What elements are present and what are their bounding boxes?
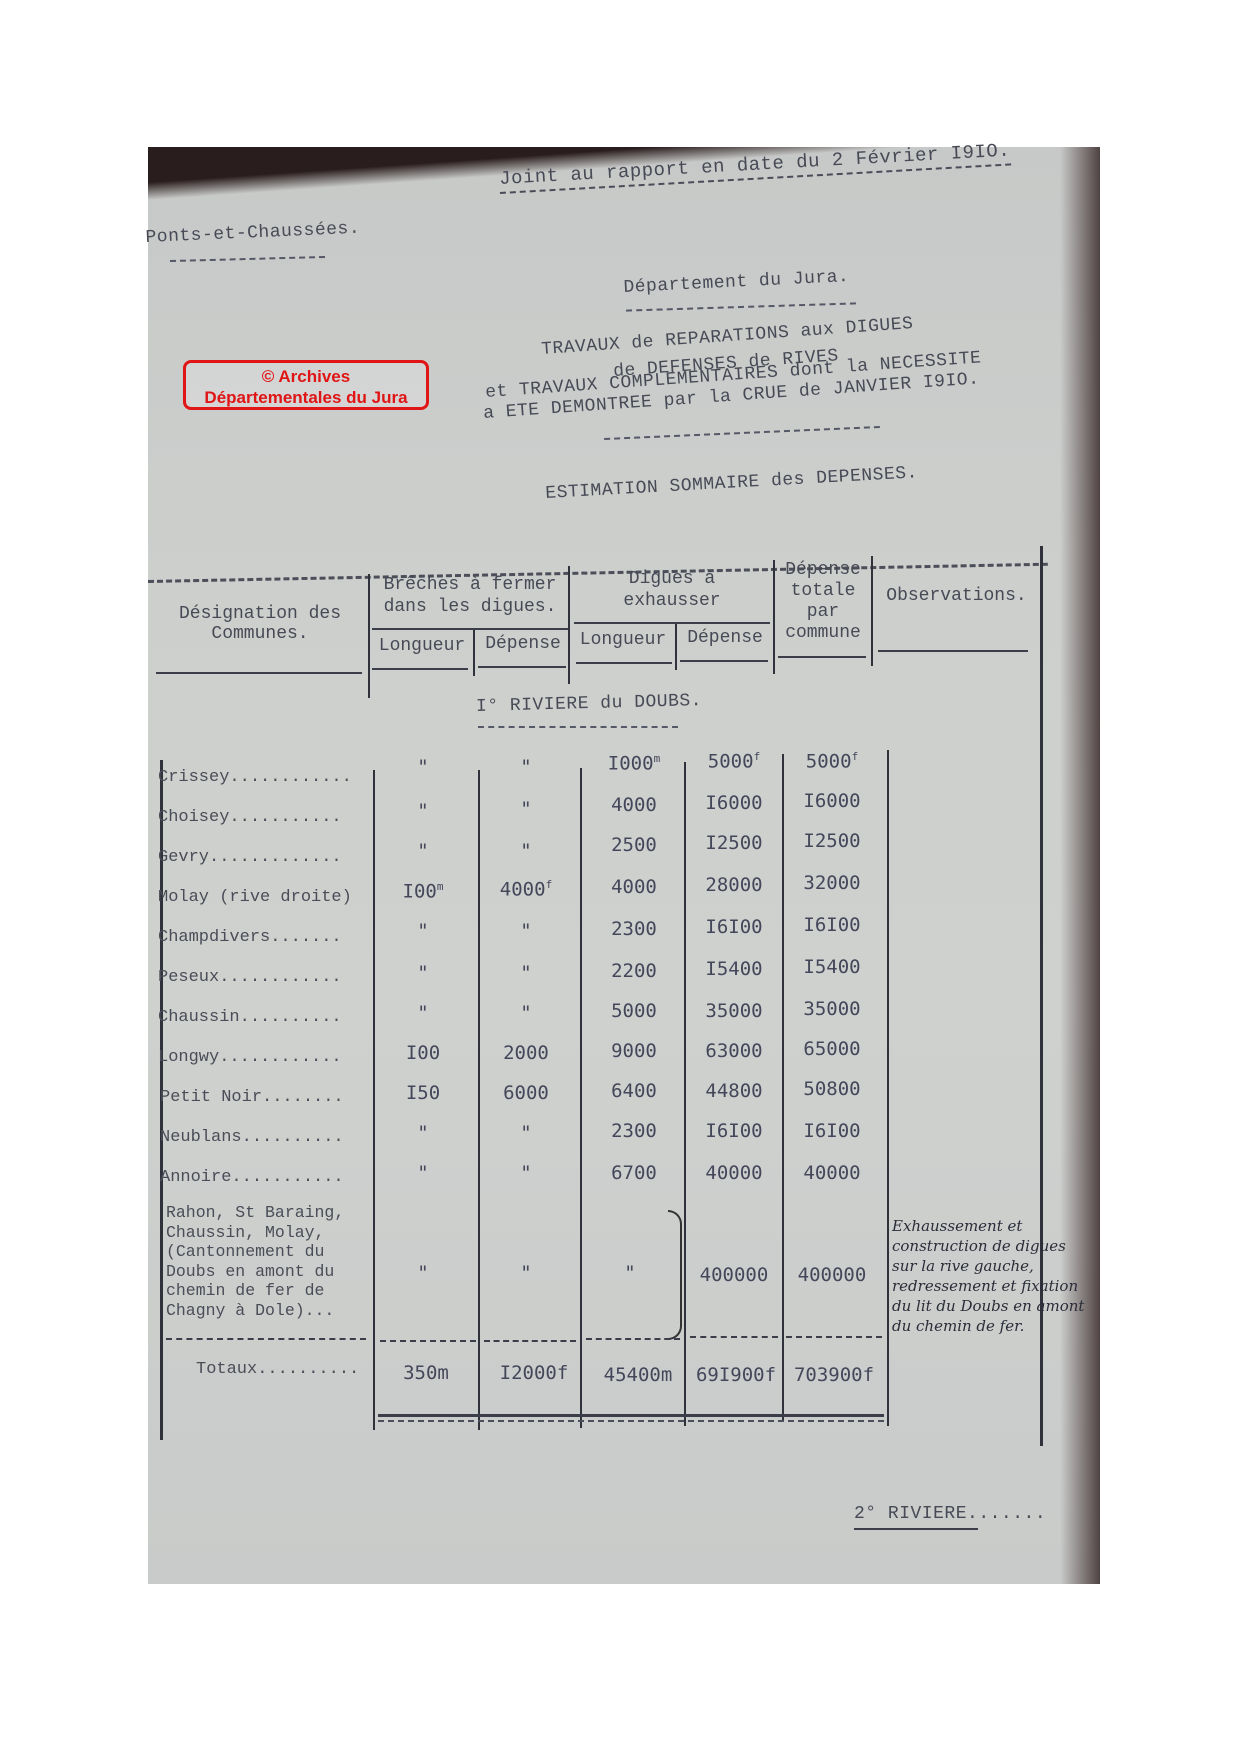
digues-longueur: " [580, 1262, 680, 1284]
breches-depense: 4000f [476, 878, 576, 900]
header-digues-longueur: Longueur [572, 630, 674, 650]
total-depense: I6I00 [782, 914, 882, 936]
totals-breches-longueur: 350m [376, 1362, 476, 1384]
digues-longueur: 6700 [584, 1162, 684, 1184]
note-line: redressement et fixation [892, 1276, 1084, 1296]
note-line: du chemin de fer. [892, 1316, 1084, 1336]
body-col-line [580, 768, 582, 1428]
commune-group-name: Rahon, St Baraing, Chaussin, Molay, (Can… [166, 1203, 344, 1320]
next-section: 2° RIVIERE....... [854, 1504, 1046, 1524]
header-designation-line: Désignation des [160, 604, 360, 624]
header-breches-line: dans les digues. [370, 596, 570, 618]
digues-depense: I2500 [684, 832, 784, 854]
totals-breches-depense: I2000f [484, 1362, 584, 1384]
breches-longueur: I00 [373, 1042, 473, 1064]
breches-longueur: I00m [373, 880, 473, 902]
unit: m [437, 880, 444, 893]
breches-longueur: " [373, 800, 473, 822]
digues-longueur: I000m [584, 752, 684, 774]
observation-note: Exhaussement et construction de digues s… [892, 1216, 1084, 1336]
value: 4000 [500, 878, 546, 900]
header-digues-depense: Dépense [677, 628, 773, 648]
digues-depense: 40000 [684, 1162, 784, 1184]
commune-line: Chaussin, Molay, [166, 1223, 344, 1243]
breches-depense: " [476, 920, 576, 942]
header-breches-depense: Dépense [476, 634, 570, 654]
commune-line: chemin de fer de [166, 1281, 344, 1301]
header-sub-rule [372, 628, 568, 630]
header-total-line: totale [775, 581, 871, 602]
value: 5000 [806, 750, 852, 772]
total-depense: 65000 [782, 1038, 882, 1060]
breches-depense: " [476, 798, 576, 820]
totals-label: Totaux.......... [196, 1360, 359, 1379]
header-bottom-rule [156, 672, 362, 674]
total-depense: 35000 [782, 998, 882, 1020]
header-observations: Observations. [874, 586, 1039, 606]
digues-longueur: 4000 [584, 794, 684, 816]
header-total-line: par [775, 602, 871, 623]
archives-watermark: © Archives Départementales du Jura [183, 360, 429, 410]
totals-rule [166, 1338, 366, 1340]
digues-depense: I6000 [684, 792, 784, 814]
commune-line: Chagny à Dole)... [166, 1301, 344, 1321]
section-underline [478, 726, 678, 728]
header-sub-rule [574, 622, 770, 624]
total-depense: 32000 [782, 872, 882, 894]
commune-name: Petit Noir........ [160, 1088, 344, 1107]
note-line: construction de digues [892, 1236, 1084, 1256]
digues-depense: 44800 [684, 1080, 784, 1102]
digues-longueur: 9000 [584, 1040, 684, 1062]
header-breches-longueur: Longueur [372, 636, 472, 656]
commune-name: Champdivers....... [158, 928, 342, 947]
breches-longueur: " [373, 1162, 473, 1184]
header-total-line: Dépense [775, 560, 871, 581]
total-depense: 400000 [782, 1264, 882, 1286]
totals-rule [586, 1338, 680, 1340]
col-divider [473, 630, 475, 676]
header-bottom-rule [372, 668, 468, 670]
commune-line: Doubs en amont du [166, 1262, 344, 1282]
header-total-line: commune [775, 623, 871, 644]
note-line: sur la rive gauche, [892, 1256, 1084, 1276]
digues-depense: 400000 [684, 1264, 784, 1286]
breches-depense: " [476, 1262, 576, 1284]
breches-longueur: " [373, 756, 473, 778]
commune-name: Gevry............. [158, 848, 342, 867]
header-bottom-rule [576, 662, 672, 664]
total-depense: 5000f [782, 750, 882, 772]
body-col-line [887, 750, 889, 1426]
commune-name: Peseux............ [158, 968, 342, 987]
breches-longueur: " [373, 1262, 473, 1284]
breches-depense: " [476, 1002, 576, 1024]
unit: m [654, 752, 661, 765]
digues-longueur: 5000 [584, 1000, 684, 1022]
unit: f [754, 750, 761, 763]
commune-name: Longwy............ [158, 1048, 342, 1067]
breches-depense: 6000 [476, 1082, 576, 1104]
col-divider [871, 556, 873, 666]
digues-depense: I6I00 [684, 1120, 784, 1142]
digues-depense: 35000 [684, 1000, 784, 1022]
commune-line: Rahon, St Baraing, [166, 1203, 344, 1223]
note-line: Exhaussement et [892, 1216, 1084, 1236]
breches-depense: " [476, 1162, 576, 1184]
breches-longueur: " [373, 962, 473, 984]
total-depense: I6000 [782, 790, 882, 812]
header-designation-line: Communes. [160, 624, 360, 644]
commune-name: Crissey............ [158, 768, 352, 787]
digues-depense: 63000 [684, 1040, 784, 1062]
table-bottom-rule [378, 1420, 884, 1422]
commune-name: Molay (rive droite) [158, 888, 352, 907]
digues-longueur: 2300 [584, 918, 684, 940]
commune-line: (Cantonnement du [166, 1242, 344, 1262]
total-depense: I2500 [782, 830, 882, 852]
note-line: du lit du Doubs en amont [892, 1296, 1084, 1316]
value: I00 [403, 880, 437, 902]
total-depense: I6I00 [782, 1120, 882, 1142]
header-bottom-rule [680, 660, 768, 662]
table-bottom-rule [378, 1414, 884, 1417]
total-depense: 50800 [782, 1078, 882, 1100]
commune-name: Chaussin.......... [158, 1008, 342, 1027]
header-breches-line: Brêches à fermer [370, 574, 570, 596]
watermark-line-1: © Archives [186, 366, 426, 387]
header-digues: Digues à exhausser [574, 568, 770, 612]
totals-digues-depense: 69I900f [686, 1364, 786, 1386]
digues-depense: I6I00 [684, 916, 784, 938]
value: 5000 [708, 750, 754, 772]
commune-name: Choisey........... [158, 808, 342, 827]
header-depense-totale: Dépense totale par commune [775, 560, 871, 644]
totals-rule [380, 1340, 476, 1342]
header-designation: Désignation des Communes. [160, 604, 360, 644]
breches-longueur: " [373, 920, 473, 942]
unit: f [852, 750, 859, 763]
next-section-underline [854, 1528, 978, 1530]
digues-longueur: 6400 [584, 1080, 684, 1102]
header-bottom-rule [878, 650, 1028, 652]
brace-icon [668, 1210, 682, 1340]
breches-depense: " [476, 756, 576, 778]
breches-longueur: " [373, 1122, 473, 1144]
totals-rule [690, 1336, 778, 1338]
breches-depense: 2000 [476, 1042, 576, 1064]
watermark-line-2: Départementales du Jura [186, 387, 426, 408]
header-digues-line: exhausser [574, 590, 770, 612]
breches-depense: " [476, 840, 576, 862]
digues-depense: 28000 [684, 874, 784, 896]
breches-longueur: " [373, 840, 473, 862]
value: I000 [608, 752, 654, 774]
commune-name: Neublans.......... [160, 1128, 344, 1147]
digues-longueur: 4000 [584, 876, 684, 898]
digues-longueur: 2200 [584, 960, 684, 982]
unit: f [546, 878, 553, 891]
digues-longueur: 2300 [584, 1120, 684, 1142]
commune-name: Annoire........... [160, 1168, 344, 1187]
totals-rule [786, 1336, 882, 1338]
header-digues-line: Digues à [574, 568, 770, 590]
total-depense: I5400 [782, 956, 882, 978]
header-breches: Brêches à fermer dans les digues. [370, 574, 570, 618]
breches-longueur: I50 [373, 1082, 473, 1104]
totals-total: 703900f [784, 1364, 884, 1386]
digues-depense: I5400 [684, 958, 784, 980]
totals-digues-longueur: 45400m [588, 1364, 688, 1386]
digues-longueur: 2500 [584, 834, 684, 856]
header-bottom-rule [478, 666, 566, 668]
breches-longueur: " [373, 1002, 473, 1024]
totals-rule [484, 1340, 576, 1342]
digues-depense: 5000f [684, 750, 784, 772]
header-bottom-rule [778, 656, 866, 658]
breches-depense: " [476, 962, 576, 984]
total-depense: 40000 [782, 1162, 882, 1184]
breches-depense: " [476, 1122, 576, 1144]
page-edge-shadow-right [1060, 147, 1100, 1584]
